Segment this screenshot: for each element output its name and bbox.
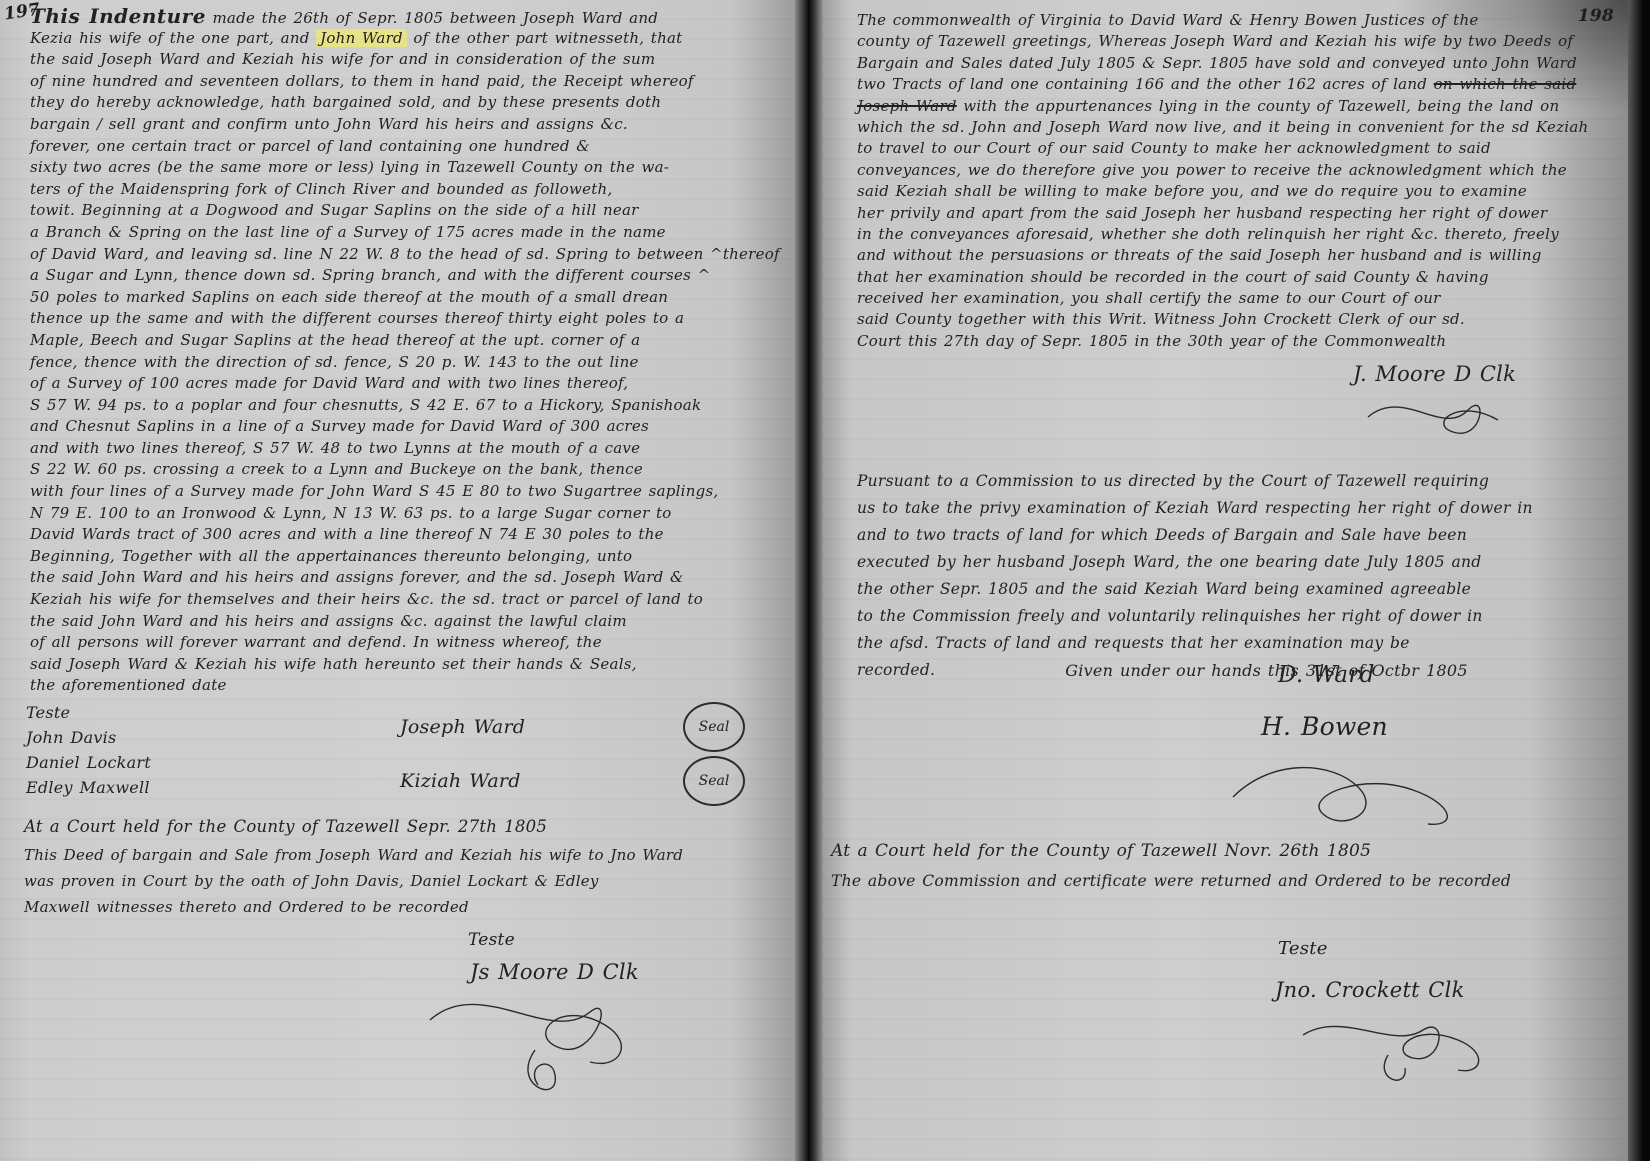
handwritten-line: said Joseph Ward & Keziah his wife hath … xyxy=(30,654,789,676)
commission-line-struck-a: two Tracts of land one containing 166 an… xyxy=(857,74,1616,95)
handwritten-line: executed by her husband Joseph Ward, the… xyxy=(857,549,1614,576)
witness-block: Teste John DavisDaniel LockartEdley Maxw… xyxy=(26,700,151,800)
court-heading: At a Court held for the County of Tazewe… xyxy=(831,835,1618,867)
court-record-right: At a Court held for the County of Tazewe… xyxy=(831,835,1618,895)
witness-name: Edley Maxwell xyxy=(26,775,151,800)
handwritten-line: forever, one certain tract or parcel of … xyxy=(30,136,789,158)
deed-book-scan: 197 This Indenture made the 26th of Sepr… xyxy=(0,0,1650,1161)
grantor-signature-row: Joseph Ward Seal xyxy=(400,702,745,752)
examination-last-line: recorded. Given under our hands this 31s… xyxy=(857,657,1614,684)
handwritten-line: her privily and apart from the said Jose… xyxy=(857,203,1616,224)
court-heading: At a Court held for the County of Tazewe… xyxy=(24,812,785,842)
handwritten-line: of a Survey of 100 acres made for David … xyxy=(30,373,789,395)
handwritten-line: and to two tracts of land for which Deed… xyxy=(857,522,1614,549)
court-record-lines: This Deed of bargain and Sale from Josep… xyxy=(24,842,785,920)
clerk-signature: Js Moore D Clk xyxy=(470,960,639,984)
handwritten-line: Court this 27th day of Sepr. 1805 in the… xyxy=(857,331,1616,352)
deed-body: This Indenture made the 26th of Sepr. 18… xyxy=(30,6,789,697)
line5-post: with the appurtenances lying in the coun… xyxy=(957,97,1560,115)
teste-label: Teste xyxy=(1278,938,1328,959)
line2-pre: Kezia his wife of the one part, and xyxy=(30,29,316,47)
struck-through-text: on which the said xyxy=(1434,75,1577,93)
left-page: 197 This Indenture made the 26th of Sepr… xyxy=(0,0,795,1161)
seal-stamp: Seal xyxy=(683,756,745,806)
handwritten-line: us to take the privy examination of Kezi… xyxy=(857,495,1614,522)
handwritten-line: with four lines of a Survey made for Joh… xyxy=(30,481,789,503)
handwritten-line: and Chesnut Saplins in a line of a Surve… xyxy=(30,416,789,438)
handwritten-line: and without the persuasions or threats o… xyxy=(857,245,1616,266)
handwritten-line: Bargain and Sales dated July 1805 & Sepr… xyxy=(857,53,1616,74)
struck-through-text: Joseph Ward xyxy=(857,97,957,115)
clerk-signature: J. Moore D Clk xyxy=(1353,362,1516,386)
handwritten-line: S 57 W. 94 ps. to a poplar and four ches… xyxy=(30,395,789,417)
teste-label: Teste xyxy=(26,700,151,725)
deed-line-highlighted: Kezia his wife of the one part, and John… xyxy=(30,28,789,50)
handwritten-line: thence up the same and with the differen… xyxy=(30,308,789,330)
handwritten-line: conveyances, we do therefore give you po… xyxy=(857,160,1616,181)
book-binding-gutter xyxy=(795,0,823,1161)
recorded-word: recorded. xyxy=(857,657,935,684)
examination-lines: Pursuant to a Commission to us directed … xyxy=(857,468,1614,657)
handwritten-line: the said John Ward and his heirs and ass… xyxy=(30,567,789,589)
handwritten-line: was proven in Court by the oath of John … xyxy=(24,868,785,894)
handwritten-line: in the conveyances aforesaid, whether sh… xyxy=(857,224,1616,245)
court-record-left: At a Court held for the County of Tazewe… xyxy=(24,812,785,920)
signature-flourish xyxy=(1293,1010,1513,1090)
commission-lines-b: which the sd. John and Joseph Ward now l… xyxy=(857,117,1616,352)
opening-line-rest: made the 26th of Sepr. 1805 between Jose… xyxy=(206,9,658,27)
indenture-opening-words: This Indenture xyxy=(30,4,206,28)
seal-stamp: Seal xyxy=(683,702,745,752)
highlighted-name[interactable]: John Ward xyxy=(316,29,407,47)
signature-flourish xyxy=(1223,752,1483,842)
examination-block: Pursuant to a Commission to us directed … xyxy=(857,468,1614,684)
handwritten-line: said Keziah shall be willing to make bef… xyxy=(857,181,1616,202)
deed-body-lines: the said Joseph Ward and Keziah his wife… xyxy=(30,49,789,697)
justice-signature: D. Ward xyxy=(1278,662,1375,688)
handwritten-line: bargain / sell grant and confirm unto Jo… xyxy=(30,114,789,136)
signature-flourish xyxy=(1363,392,1523,452)
handwritten-line: The above Commission and certificate wer… xyxy=(831,867,1618,895)
handwritten-line: the aforementioned date xyxy=(30,675,789,697)
handwritten-line: that her examination should be recorded … xyxy=(857,267,1616,288)
handwritten-line: This Deed of bargain and Sale from Josep… xyxy=(24,842,785,868)
handwritten-line: to travel to our Court of our said Count… xyxy=(857,138,1616,159)
handwritten-line: they do hereby acknowledge, hath bargain… xyxy=(30,92,789,114)
commission-lines-a: county of Tazewell greetings, Whereas Jo… xyxy=(857,31,1616,74)
line2-post: of the other part witnesseth, that xyxy=(407,29,683,47)
handwritten-line: a Branch & Spring on the last line of a … xyxy=(30,222,789,244)
handwritten-line: N 79 E. 100 to an Ironwood & Lynn, N 13 … xyxy=(30,503,789,525)
handwritten-line: a Sugar and Lynn, thence down sd. Spring… xyxy=(30,265,789,287)
handwritten-line: the said John Ward and his heirs and ass… xyxy=(30,611,789,633)
handwritten-line: the other Sepr. 1805 and the said Keziah… xyxy=(857,576,1614,603)
handwritten-line: Pursuant to a Commission to us directed … xyxy=(857,468,1614,495)
handwritten-line: county of Tazewell greetings, Whereas Jo… xyxy=(857,31,1616,52)
handwritten-line: Maple, Beech and Sugar Saplins at the he… xyxy=(30,330,789,352)
handwritten-line: the afsd. Tracts of land and requests th… xyxy=(857,630,1614,657)
handwritten-line: fence, thence with the direction of sd. … xyxy=(30,352,789,374)
witness-name: John Davis xyxy=(26,725,151,750)
witness-name: Daniel Lockart xyxy=(26,750,151,775)
commission-line-struck-b: Joseph Ward with the appurtenances lying… xyxy=(857,96,1616,117)
signature-name: Kiziah Ward xyxy=(400,770,521,792)
handwritten-line: of David Ward, and leaving sd. line N 22… xyxy=(30,244,789,266)
commission-line1: The commonwealth of Virginia to David Wa… xyxy=(857,10,1616,31)
clerk-signature: Jno. Crockett Clk xyxy=(1275,978,1465,1002)
handwritten-line: David Wards tract of 300 acres and with … xyxy=(30,524,789,546)
handwritten-line: of all persons will forever warrant and … xyxy=(30,632,789,654)
handwritten-line: received her examination, you shall cert… xyxy=(857,288,1616,309)
handwritten-line: S 22 W. 60 ps. crossing a creek to a Lyn… xyxy=(30,459,789,481)
witness-list: John DavisDaniel LockartEdley Maxwell xyxy=(26,725,151,800)
handwritten-line: ters of the Maidenspring fork of Clinch … xyxy=(30,179,789,201)
handwritten-line: and with two lines thereof, S 57 W. 48 t… xyxy=(30,438,789,460)
handwritten-line: the said Joseph Ward and Keziah his wife… xyxy=(30,49,789,71)
handwritten-line: which the sd. John and Joseph Ward now l… xyxy=(857,117,1616,138)
handwritten-line: towit. Beginning at a Dogwood and Sugar … xyxy=(30,200,789,222)
handwritten-line: 50 poles to marked Saplins on each side … xyxy=(30,287,789,309)
handwritten-line: Beginning, Together with all the apperta… xyxy=(30,546,789,568)
signature-name: Joseph Ward xyxy=(400,716,525,738)
handwritten-line: sixty two acres (be the same more or les… xyxy=(30,157,789,179)
right-page: 198 The commonwealth of Virginia to Davi… xyxy=(823,0,1628,1161)
line4-pre: two Tracts of land one containing 166 an… xyxy=(857,75,1434,93)
teste-label: Teste xyxy=(468,930,515,950)
commission-block: The commonwealth of Virginia to David Wa… xyxy=(857,10,1616,352)
grantor-signature-row: Kiziah Ward Seal xyxy=(400,756,745,806)
signature-flourish xyxy=(420,990,670,1110)
handwritten-line: of nine hundred and seventeen dollars, t… xyxy=(30,71,789,93)
justice-signature: H. Bowen xyxy=(1261,712,1388,741)
handwritten-line: Maxwell witnesses thereto and Ordered to… xyxy=(24,894,785,920)
deed-opening-line: This Indenture made the 26th of Sepr. 18… xyxy=(30,6,789,28)
handwritten-line: to the Commission freely and voluntarily… xyxy=(857,603,1614,630)
handwritten-line: Keziah his wife for themselves and their… xyxy=(30,589,789,611)
dateline: Given under our hands this 31st of Octbr… xyxy=(1065,657,1468,684)
page-edge-shadow xyxy=(1628,0,1650,1161)
handwritten-line: said County together with this Writ. Wit… xyxy=(857,309,1616,330)
